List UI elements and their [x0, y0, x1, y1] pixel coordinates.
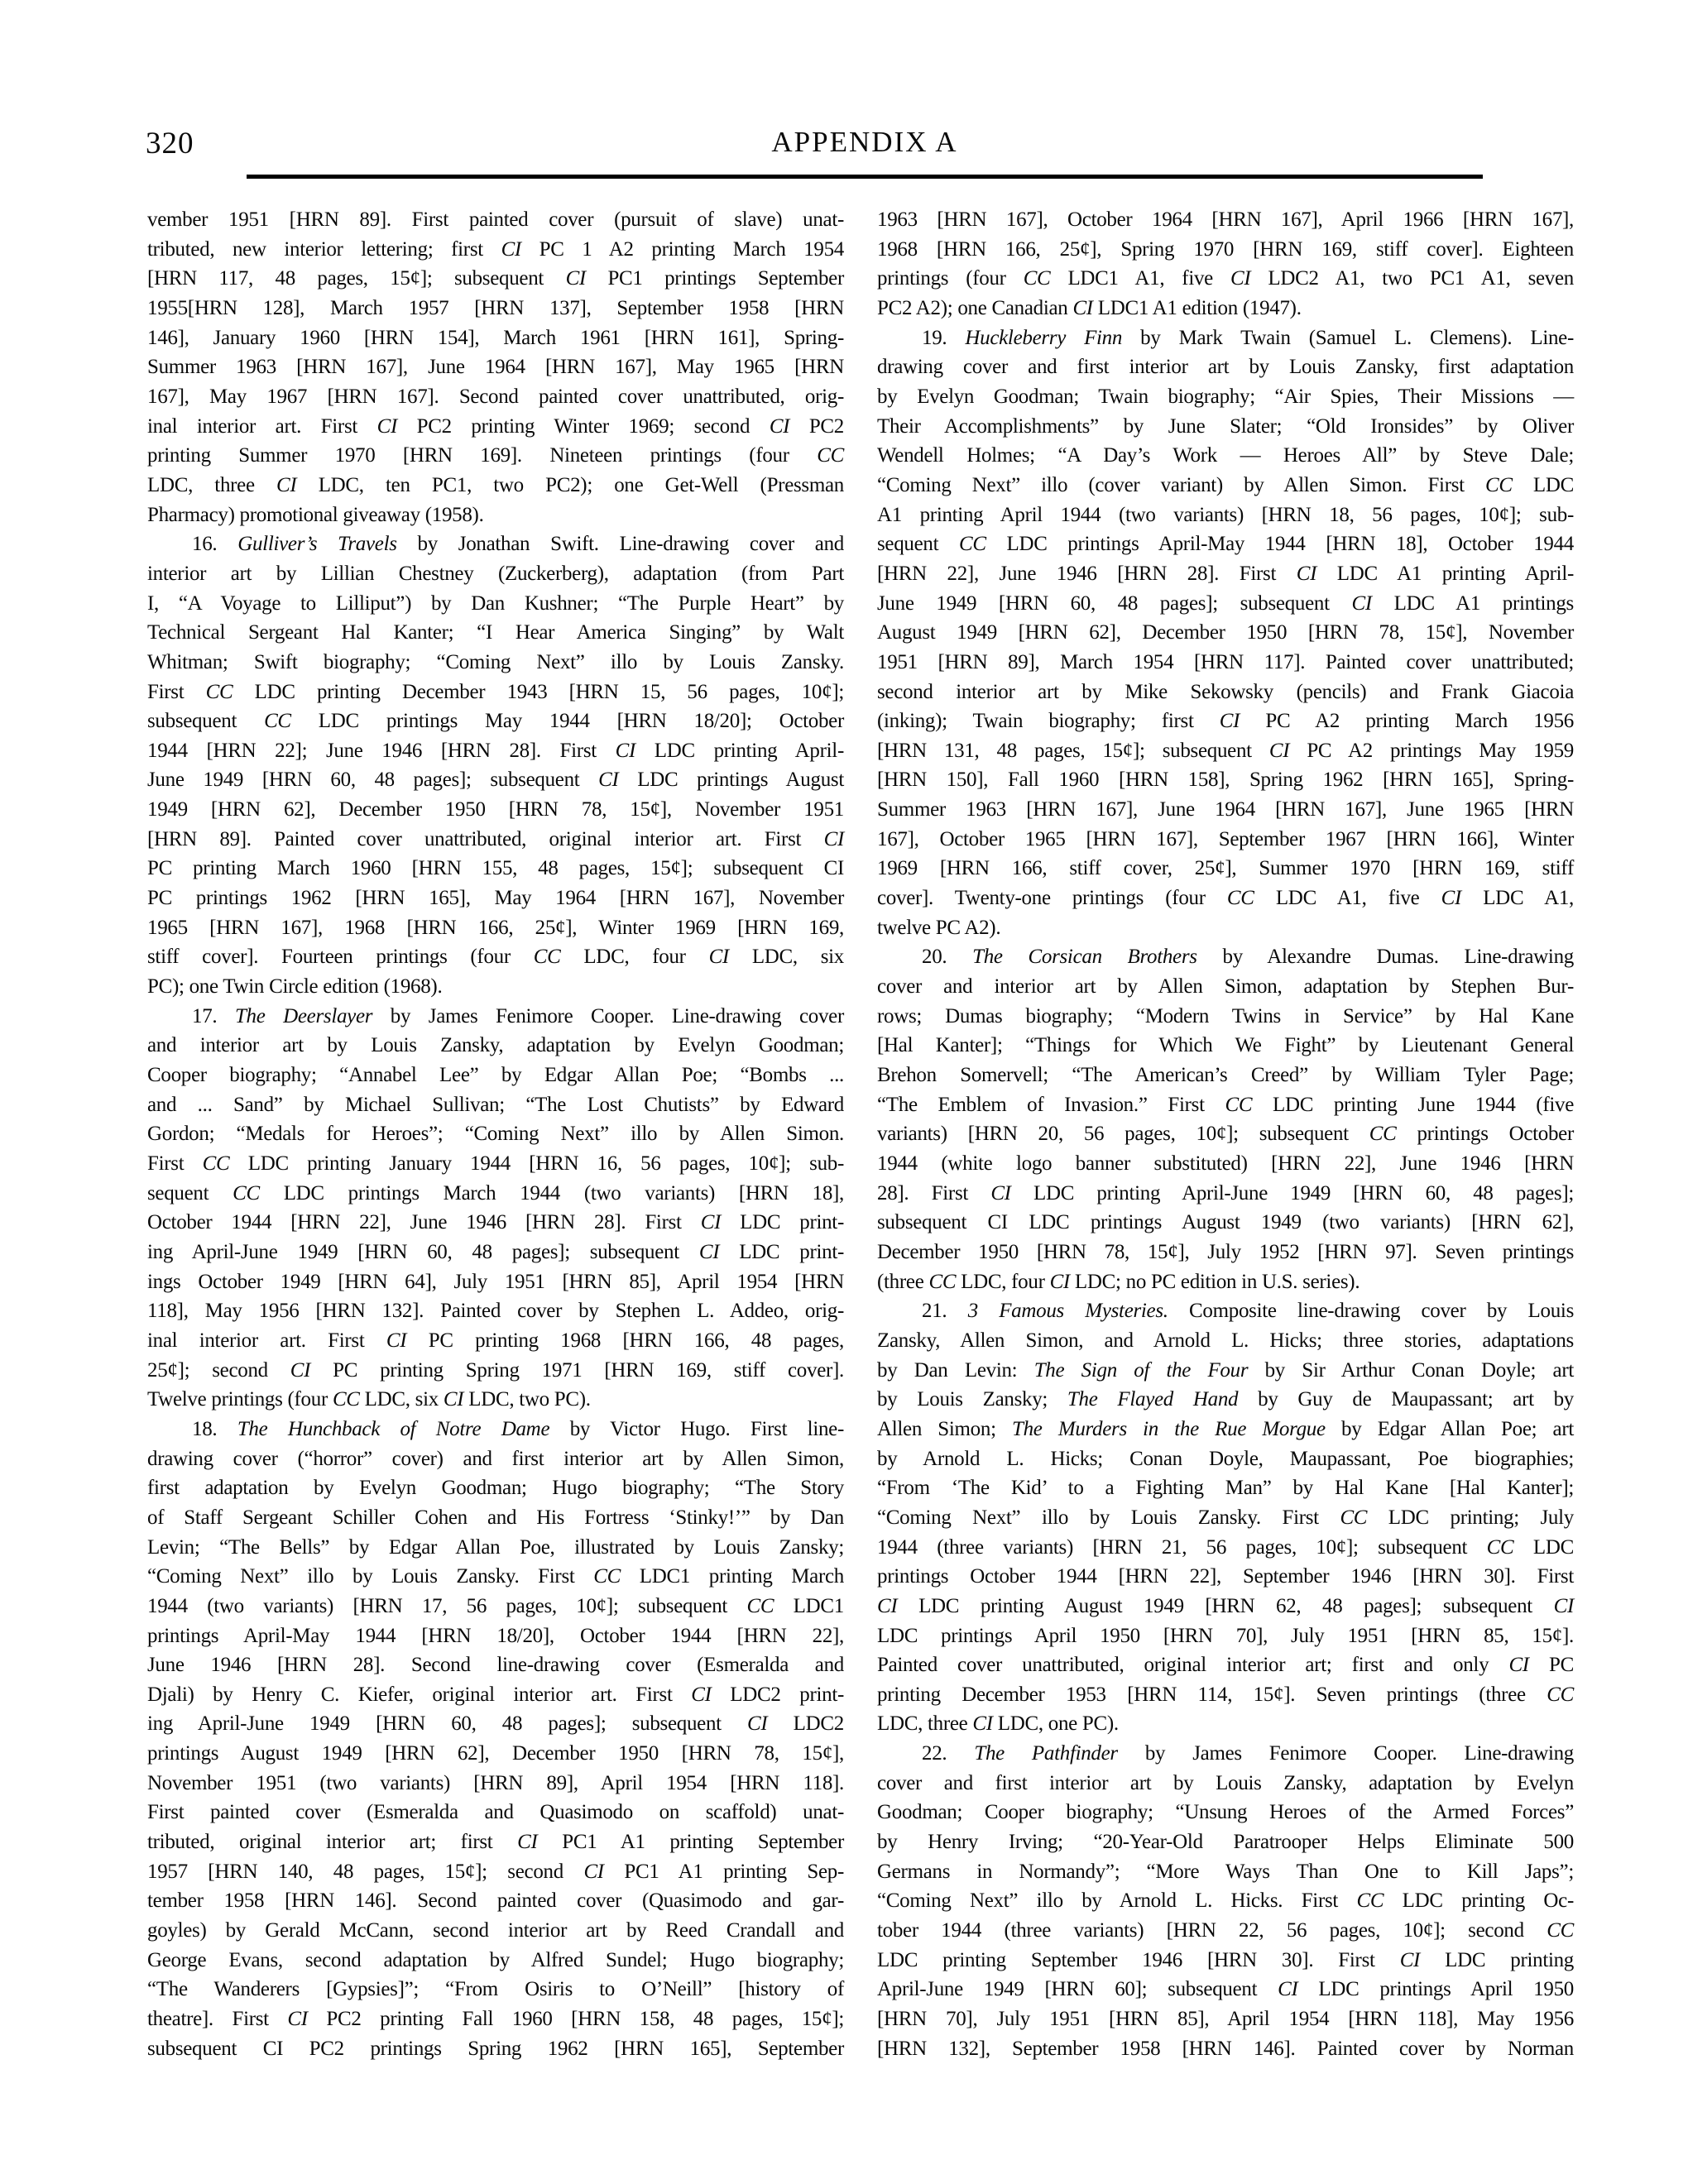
text-line: Summer 1963 [HRN 167], June 1964 [HRN 16… [877, 795, 1574, 825]
text-line: “Coming Next” illo by Louis Zansky. Firs… [147, 1562, 844, 1592]
text-line: stiff cover]. Fourteen printings (four C… [147, 942, 844, 972]
text-line: April-June 1949 [HRN 60]; subsequent CI … [877, 1975, 1574, 2004]
text-line: subsequent CI LDC printings August 1949 … [877, 1208, 1574, 1238]
text-line: I, “A Voyage to Lilliput”) by Dan Kushne… [147, 589, 844, 619]
text-line: Zansky, Allen Simon, and Arnold L. Hicks… [877, 1326, 1574, 1356]
text-line: sequent CC LDC printings March 1944 (two… [147, 1179, 844, 1209]
text-line: ings October 1949 [HRN 64], July 1951 [H… [147, 1267, 844, 1297]
page-number: 320 [146, 126, 194, 161]
text-line: Pharmacy) promotional giveaway (1958). [147, 500, 844, 530]
text-line: 21. 3 Famous Mysteries. Composite line-d… [877, 1296, 1574, 1326]
text-line: PC printings 1962 [HRN 165], May 1964 [H… [147, 884, 844, 913]
text-line: twelve PC A2). [877, 913, 1574, 943]
text-line: [HRN 22], June 1946 [HRN 28]. First CI L… [877, 559, 1574, 589]
text-line: 1951 [HRN 89], March 1954 [HRN 117]. Pai… [877, 648, 1574, 678]
text-line: first adaptation by Evelyn Goodman; Hugo… [147, 1473, 844, 1503]
header-rule [247, 175, 1483, 179]
text-line: of Staff Sergeant Schiller Cohen and His… [147, 1503, 844, 1533]
text-line: cover and first interior art by Louis Za… [877, 1769, 1574, 1798]
paragraph: 20. The Corsican Brothers by Alexandre D… [877, 942, 1574, 1296]
text-line: Their Accomplishments” by June Slater; “… [877, 412, 1574, 442]
text-line: 1944 (two variants) [HRN 17, 56 pages, 1… [147, 1592, 844, 1621]
text-line: subsequent CC LDC printings May 1944 [HR… [147, 706, 844, 736]
text-line: 146], January 1960 [HRN 154], March 1961… [147, 323, 844, 353]
text-line: ing April-June 1949 [HRN 60, 48 pages]; … [147, 1238, 844, 1267]
text-line: June 1949 [HRN 60, 48 pages]; subsequent… [877, 589, 1574, 619]
text-line: subsequent CI PC2 printings Spring 1962 … [147, 2034, 844, 2064]
text-line: 1969 [HRN 166, stiff cover, 25¢], Summer… [877, 854, 1574, 884]
text-line: inal interior art. First CI PC printing … [147, 1326, 844, 1356]
text-line: printing December 1953 [HRN 114, 15¢]. S… [877, 1680, 1574, 1710]
text-line: by Louis Zansky; The Flayed Hand by Guy … [877, 1385, 1574, 1415]
text-line: variants) [HRN 20, 56 pages, 10¢]; subse… [877, 1119, 1574, 1149]
text-line: A1 printing April 1944 (two variants) [H… [877, 500, 1574, 530]
text-line: 167], May 1967 [HRN 167]. Second painted… [147, 382, 844, 412]
text-line: Cooper biography; “Annabel Lee” by Edgar… [147, 1061, 844, 1090]
text-line: second interior art by Mike Sekowsky (pe… [877, 678, 1574, 707]
text-line: 1955[HRN 128], March 1957 [HRN 137], Sep… [147, 294, 844, 323]
column-right: 1963 [HRN 167], October 1964 [HRN 167], … [877, 205, 1574, 2063]
text-line: printings October 1944 [HRN 22], Septemb… [877, 1562, 1574, 1592]
text-line: 1968 [HRN 166, 25¢], Spring 1970 [HRN 16… [877, 235, 1574, 265]
text-line: “The Wanderers [Gypsies]”; “From Osiris … [147, 1975, 844, 2004]
text-line: LDC, three CI LDC, ten PC1, two PC2); on… [147, 471, 844, 500]
text-line: Wendell Holmes; “A Day’s Work — Heroes A… [877, 441, 1574, 471]
text-line: cover]. Twenty-one printings (four CC LD… [877, 884, 1574, 913]
text-line: LDC printing September 1946 [HRN 30]. Fi… [877, 1946, 1574, 1976]
text-line: Summer 1963 [HRN 167], June 1964 [HRN 16… [147, 352, 844, 382]
text-line: Allen Simon; The Murders in the Rue Morg… [877, 1415, 1574, 1444]
text-line: PC printing March 1960 [HRN 155, 48 page… [147, 854, 844, 884]
text-line: 18. The Hunchback of Notre Dame by Victo… [147, 1415, 844, 1444]
text-line: (inking); Twain biography; first CI PC A… [877, 706, 1574, 736]
text-line: [HRN 150], Fall 1960 [HRN 158], Spring 1… [877, 765, 1574, 795]
text-line: theatre]. First CI PC2 printing Fall 196… [147, 2004, 844, 2034]
text-line: November 1951 (two variants) [HRN 89], A… [147, 1769, 844, 1798]
text-line: vember 1951 [HRN 89]. First painted cove… [147, 205, 844, 235]
text-line: June 1946 [HRN 28]. Second line-drawing … [147, 1650, 844, 1680]
text-line: inal interior art. First CI PC2 printing… [147, 412, 844, 442]
text-line: Twelve printings (four CC LDC, six CI LD… [147, 1385, 844, 1415]
book-page: 320 APPENDIX A vember 1951 [HRN 89]. Fir… [0, 0, 1688, 2184]
text-line: George Evans, second adaptation by Alfre… [147, 1946, 844, 1976]
text-line: 1944 (white logo banner substituted) [HR… [877, 1149, 1574, 1179]
text-line: [Hal Kanter]; “Things for Which We Fight… [877, 1031, 1574, 1061]
text-line: December 1950 [HRN 78, 15¢], July 1952 [… [877, 1238, 1574, 1267]
text-line: by Henry Irving; “20-Year-Old Paratroope… [877, 1827, 1574, 1857]
paragraph: 22. The Pathfinder by James Fenimore Coo… [877, 1739, 1574, 2063]
text-line: tember 1958 [HRN 146]. Second painted co… [147, 1886, 844, 1916]
text-line: 19. Huckleberry Finn by Mark Twain (Samu… [877, 323, 1574, 353]
text-line: (three CC LDC, four CI LDC; no PC editio… [877, 1267, 1574, 1297]
text-line: Painted cover unattributed, original int… [877, 1650, 1574, 1680]
text-line: Goodman; Cooper biography; “Unsung Heroe… [877, 1798, 1574, 1827]
text-line: [HRN 132], September 1958 [HRN 146]. Pai… [877, 2034, 1574, 2064]
text-line: interior art by Lillian Chestney (Zucker… [147, 559, 844, 589]
text-line: Whitman; Swift biography; “Coming Next” … [147, 648, 844, 678]
text-line: and interior art by Louis Zansky, adapta… [147, 1031, 844, 1061]
text-line: and ... Sand” by Michael Sullivan; “The … [147, 1090, 844, 1120]
text-line: 1944 [HRN 22]; June 1946 [HRN 28]. First… [147, 736, 844, 766]
text-line: 1949 [HRN 62], December 1950 [HRN 78, 15… [147, 795, 844, 825]
text-line: “Coming Next” illo by Louis Zansky. Firs… [877, 1503, 1574, 1533]
text-line: First CC LDC printing December 1943 [HRN… [147, 678, 844, 707]
text-line: “The Emblem of Invasion.” First CC LDC p… [877, 1090, 1574, 1120]
text-line: LDC printings April 1950 [HRN 70], July … [877, 1621, 1574, 1651]
text-line: by Dan Levin: The Sign of the Four by Si… [877, 1356, 1574, 1386]
text-line: printings (four CC LDC1 A1, five CI LDC2… [877, 264, 1574, 294]
text-line: 16. Gulliver’s Travels by Jonathan Swift… [147, 529, 844, 559]
text-line: Germans in Normandy”; “More Ways Than On… [877, 1857, 1574, 1887]
text-line: goyles) by Gerald McCann, second interio… [147, 1916, 844, 1946]
text-line: Technical Sergeant Hal Kanter; “I Hear A… [147, 618, 844, 648]
text-line: tober 1944 (three variants) [HRN 22, 56 … [877, 1916, 1574, 1946]
text-line: 20. The Corsican Brothers by Alexandre D… [877, 942, 1574, 972]
text-line: 1963 [HRN 167], October 1964 [HRN 167], … [877, 205, 1574, 235]
text-line: 22. The Pathfinder by James Fenimore Coo… [877, 1739, 1574, 1769]
text-line: tributed, new interior lettering; first … [147, 235, 844, 265]
text-line: drawing cover and first interior art by … [877, 352, 1574, 382]
text-line: Djali) by Henry C. Kiefer, original inte… [147, 1680, 844, 1710]
text-line: [HRN 70], July 1951 [HRN 85], April 1954… [877, 2004, 1574, 2034]
text-line: [HRN 131, 48 pages, 15¢]; subsequent CI … [877, 736, 1574, 766]
text-line: 1944 (three variants) [HRN 21, 56 pages,… [877, 1533, 1574, 1563]
running-head: APPENDIX A [247, 126, 1483, 159]
text-line: 28]. First CI LDC printing April-June 19… [877, 1179, 1574, 1209]
paragraph: 18. The Hunchback of Notre Dame by Victo… [147, 1415, 844, 2063]
text-line: June 1949 [HRN 60, 48 pages]; subsequent… [147, 765, 844, 795]
paragraph: 16. Gulliver’s Travels by Jonathan Swift… [147, 529, 844, 1002]
text-line: “Coming Next” illo (cover variant) by Al… [877, 471, 1574, 500]
text-line: PC2 A2); one Canadian CI LDC1 A1 edition… [877, 294, 1574, 323]
text-line: printings August 1949 [HRN 62], December… [147, 1739, 844, 1769]
text-line: 118], May 1956 [HRN 132]. Painted cover … [147, 1296, 844, 1326]
text-line: “From ‘The Kid’ to a Fighting Man” by Ha… [877, 1473, 1574, 1503]
text-line: 25¢]; second CI PC printing Spring 1971 … [147, 1356, 844, 1386]
paragraph: 21. 3 Famous Mysteries. Composite line-d… [877, 1296, 1574, 1739]
text-line: Gordon; “Medals for Heroes”; “Coming Nex… [147, 1119, 844, 1149]
text-line: ing April-June 1949 [HRN 60, 48 pages]; … [147, 1709, 844, 1739]
text-line: drawing cover (“horror” cover) and first… [147, 1444, 844, 1474]
column-left: vember 1951 [HRN 89]. First painted cove… [147, 205, 844, 2063]
text-line: October 1944 [HRN 22], June 1946 [HRN 28… [147, 1208, 844, 1238]
text-line: 1957 [HRN 140, 48 pages, 15¢]; second CI… [147, 1857, 844, 1887]
paragraph: 1963 [HRN 167], October 1964 [HRN 167], … [877, 205, 1574, 323]
text-line: “Coming Next” illo by Arnold L. Hicks. F… [877, 1886, 1574, 1916]
text-line: printings April-May 1944 [HRN 18/20], Oc… [147, 1621, 844, 1651]
text-line: by Evelyn Goodman; Twain biography; “Air… [877, 382, 1574, 412]
text-line: Brehon Somervell; “The American’s Creed”… [877, 1061, 1574, 1090]
text-line: August 1949 [HRN 62], December 1950 [HRN… [877, 618, 1574, 648]
text-line: tributed, original interior art; first C… [147, 1827, 844, 1857]
text-line: First painted cover (Esmeralda and Quasi… [147, 1798, 844, 1827]
text-line: CI LDC printing August 1949 [HRN 62, 48 … [877, 1592, 1574, 1621]
text-line: [HRN 117, 48 pages, 15¢]; subsequent CI … [147, 264, 844, 294]
text-line: printing Summer 1970 [HRN 169]. Nineteen… [147, 441, 844, 471]
text-line: 1965 [HRN 167], 1968 [HRN 166, 25¢], Win… [147, 913, 844, 943]
text-line: Levin; “The Bells” by Edgar Allan Poe, i… [147, 1533, 844, 1563]
text-line: 17. The Deerslayer by James Fenimore Coo… [147, 1002, 844, 1032]
text-line: rows; Dumas biography; “Modern Twins in … [877, 1002, 1574, 1032]
text-line: LDC, three CI LDC, one PC). [877, 1709, 1574, 1739]
paragraph: 19. Huckleberry Finn by Mark Twain (Samu… [877, 323, 1574, 943]
text-line: First CC LDC printing January 1944 [HRN … [147, 1149, 844, 1179]
text-line: 167], October 1965 [HRN 167], September … [877, 825, 1574, 855]
text-line: cover and interior art by Allen Simon, a… [877, 972, 1574, 1002]
text-line: sequent CC LDC printings April-May 1944 … [877, 529, 1574, 559]
paragraph: 17. The Deerslayer by James Fenimore Coo… [147, 1002, 844, 1415]
text-line: [HRN 89]. Painted cover unattributed, or… [147, 825, 844, 855]
text-line: by Arnold L. Hicks; Conan Doyle, Maupass… [877, 1444, 1574, 1474]
paragraph: vember 1951 [HRN 89]. First painted cove… [147, 205, 844, 529]
text-line: PC); one Twin Circle edition (1968). [147, 972, 844, 1002]
